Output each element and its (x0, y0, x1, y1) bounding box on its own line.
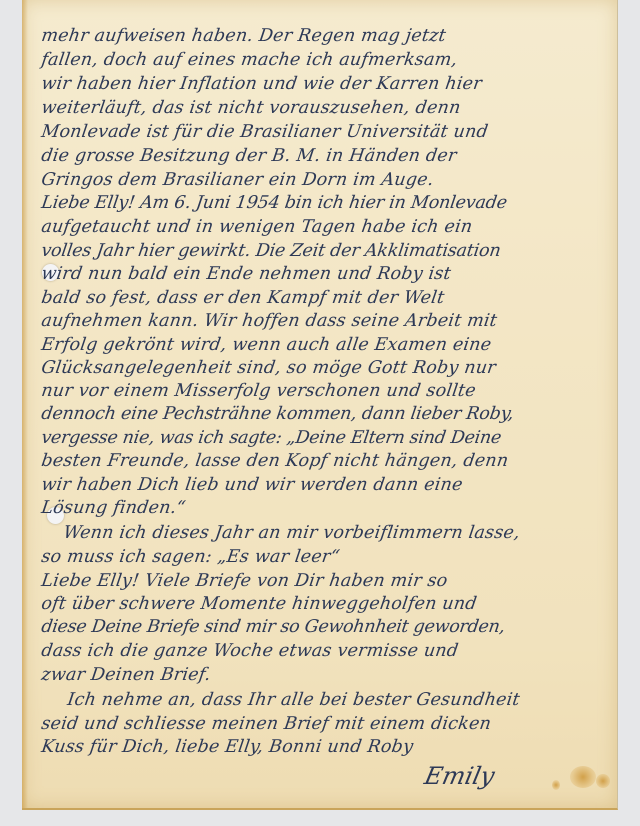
text-line: wir haben Dich lieb und wir werden dann … (40, 475, 613, 495)
text-line: besten Freunde, lasse den Kopf nicht hän… (40, 451, 613, 471)
text-line: Liebe Elly! Am 6. Juni 1954 bin ich hier… (40, 193, 613, 213)
text-line: Ich nehme an, dass Ihr alle bei bester G… (66, 690, 639, 710)
text-line: fallen, doch auf eines mache ich aufmerk… (40, 50, 613, 70)
stain-mark (596, 774, 610, 788)
text-line: wir haben hier Inflation und wie der Kar… (40, 74, 613, 94)
text-line: volles Jahr hier gewirkt. Die Zeit der A… (40, 241, 613, 261)
text-line: oft über schwere Momente hinweggeholfen … (40, 594, 613, 614)
text-line: Liebe Elly! Viele Briefe von Dir haben m… (40, 571, 613, 591)
text-line: seid und schliesse meinen Brief mit eine… (40, 714, 613, 734)
stain-mark (552, 780, 560, 790)
text-line: so muss ich sagen: „Es war leer“ (40, 547, 613, 567)
text-line: aufgetaucht und in wenigen Tagen habe ic… (40, 217, 613, 237)
text-line: Erfolg gekrönt wird, wenn auch alle Exam… (40, 335, 613, 355)
text-line: nur vor einem Misserfolg verschonen und … (40, 381, 613, 401)
text-line: bald so fest, dass er den Kampf mit der … (40, 288, 613, 308)
text-line: diese Deine Briefe sind mir so Gewohnhei… (40, 617, 613, 637)
text-line: dennoch eine Pechsträhne kommen, dann li… (40, 404, 613, 424)
text-line: mehr aufweisen haben. Der Regen mag jetz… (40, 26, 613, 46)
text-line: zwar Deinen Brief. (40, 665, 613, 685)
text-line: Lösung finden.“ (40, 498, 613, 518)
text-line: Wenn ich dieses Jahr an mir vorbeiflimme… (62, 523, 635, 543)
text-line: vergesse nie, was ich sagte: „Deine Elte… (40, 428, 613, 448)
text-line: dass ich die ganze Woche etwas vermisse … (40, 641, 613, 661)
text-line: Kuss für Dich, liebe Elly, Bonni und Rob… (40, 737, 613, 757)
text-line: Gringos dem Brasilianer ein Dorn im Auge… (40, 170, 613, 190)
signature: Emily (422, 762, 497, 790)
text-line: aufnehmen kann. Wir hoffen dass seine Ar… (40, 311, 613, 331)
stain-mark (570, 766, 596, 788)
text-line: weiterläuft, das ist nicht vorauszusehen… (40, 98, 613, 118)
text-line: wird nun bald ein Ende nehmen und Roby i… (40, 264, 613, 284)
text-line: Glücksangelegenheit sind, so möge Gott R… (40, 358, 613, 378)
text-line: die grosse Besitzung der B. M. in Händen… (40, 146, 613, 166)
text-line: Monlevade ist für die Brasilianer Univer… (40, 122, 613, 142)
